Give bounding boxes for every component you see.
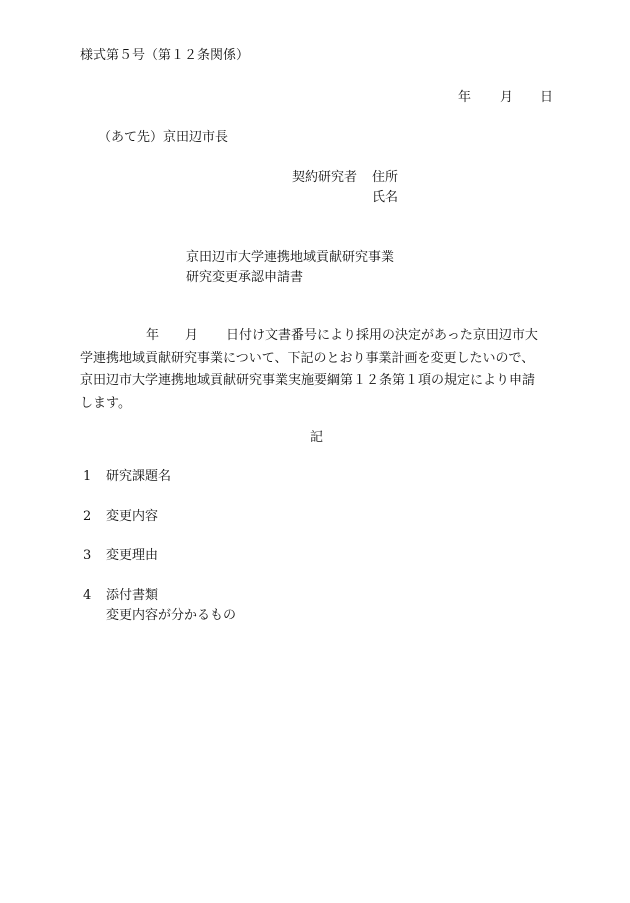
form-number: 様式第５号（第１２条関係） (80, 48, 249, 64)
item-1-label: 研究課題名 (106, 469, 171, 485)
applicant-name-label: 氏名 (372, 190, 398, 206)
document-title-line1: 京田辺市大学連携地域貢献研究事業 (186, 250, 394, 266)
body-paragraph: 年月日付け文書番号により採用の決定があった京田辺市大 学連携地域貢献研究事業につ… (80, 325, 560, 415)
body-month-label: 月 (185, 328, 198, 343)
item-2-number: 2 (83, 509, 91, 525)
item-4-label: 添付書類 (106, 588, 158, 604)
addressee: （あて先）京田辺市長 (98, 130, 228, 146)
item-4-sub: 変更内容が分かるもの (106, 608, 236, 624)
body-year-label: 年 (146, 328, 159, 343)
body-line1-text: 日付け文書番号により採用の決定があった京田辺市大 (226, 328, 538, 343)
applicant-role: 契約研究者 (292, 170, 357, 186)
item-1-number: 1 (83, 469, 91, 485)
item-3-label: 変更理由 (106, 548, 158, 564)
item-4-number: 4 (83, 588, 91, 604)
date-year-label: 年 (458, 90, 471, 106)
body-line4: します。 (80, 393, 560, 416)
date-day-label: 日 (540, 90, 553, 106)
item-2-label: 変更内容 (106, 509, 158, 525)
body-line3: 京田辺市大学連携地域貢献研究事業実施要綱第１２条第１項の規定により申請 (80, 370, 560, 393)
item-3-number: 3 (83, 548, 91, 564)
ki-heading: 記 (310, 430, 323, 446)
document-title-line2: 研究変更承認申請書 (186, 270, 303, 286)
applicant-address-label: 住所 (372, 170, 398, 186)
date-month-label: 月 (500, 90, 513, 106)
body-line2: 学連携地域貢献研究事業について、下記のとおり事業計画を変更したいので、 (80, 348, 560, 371)
